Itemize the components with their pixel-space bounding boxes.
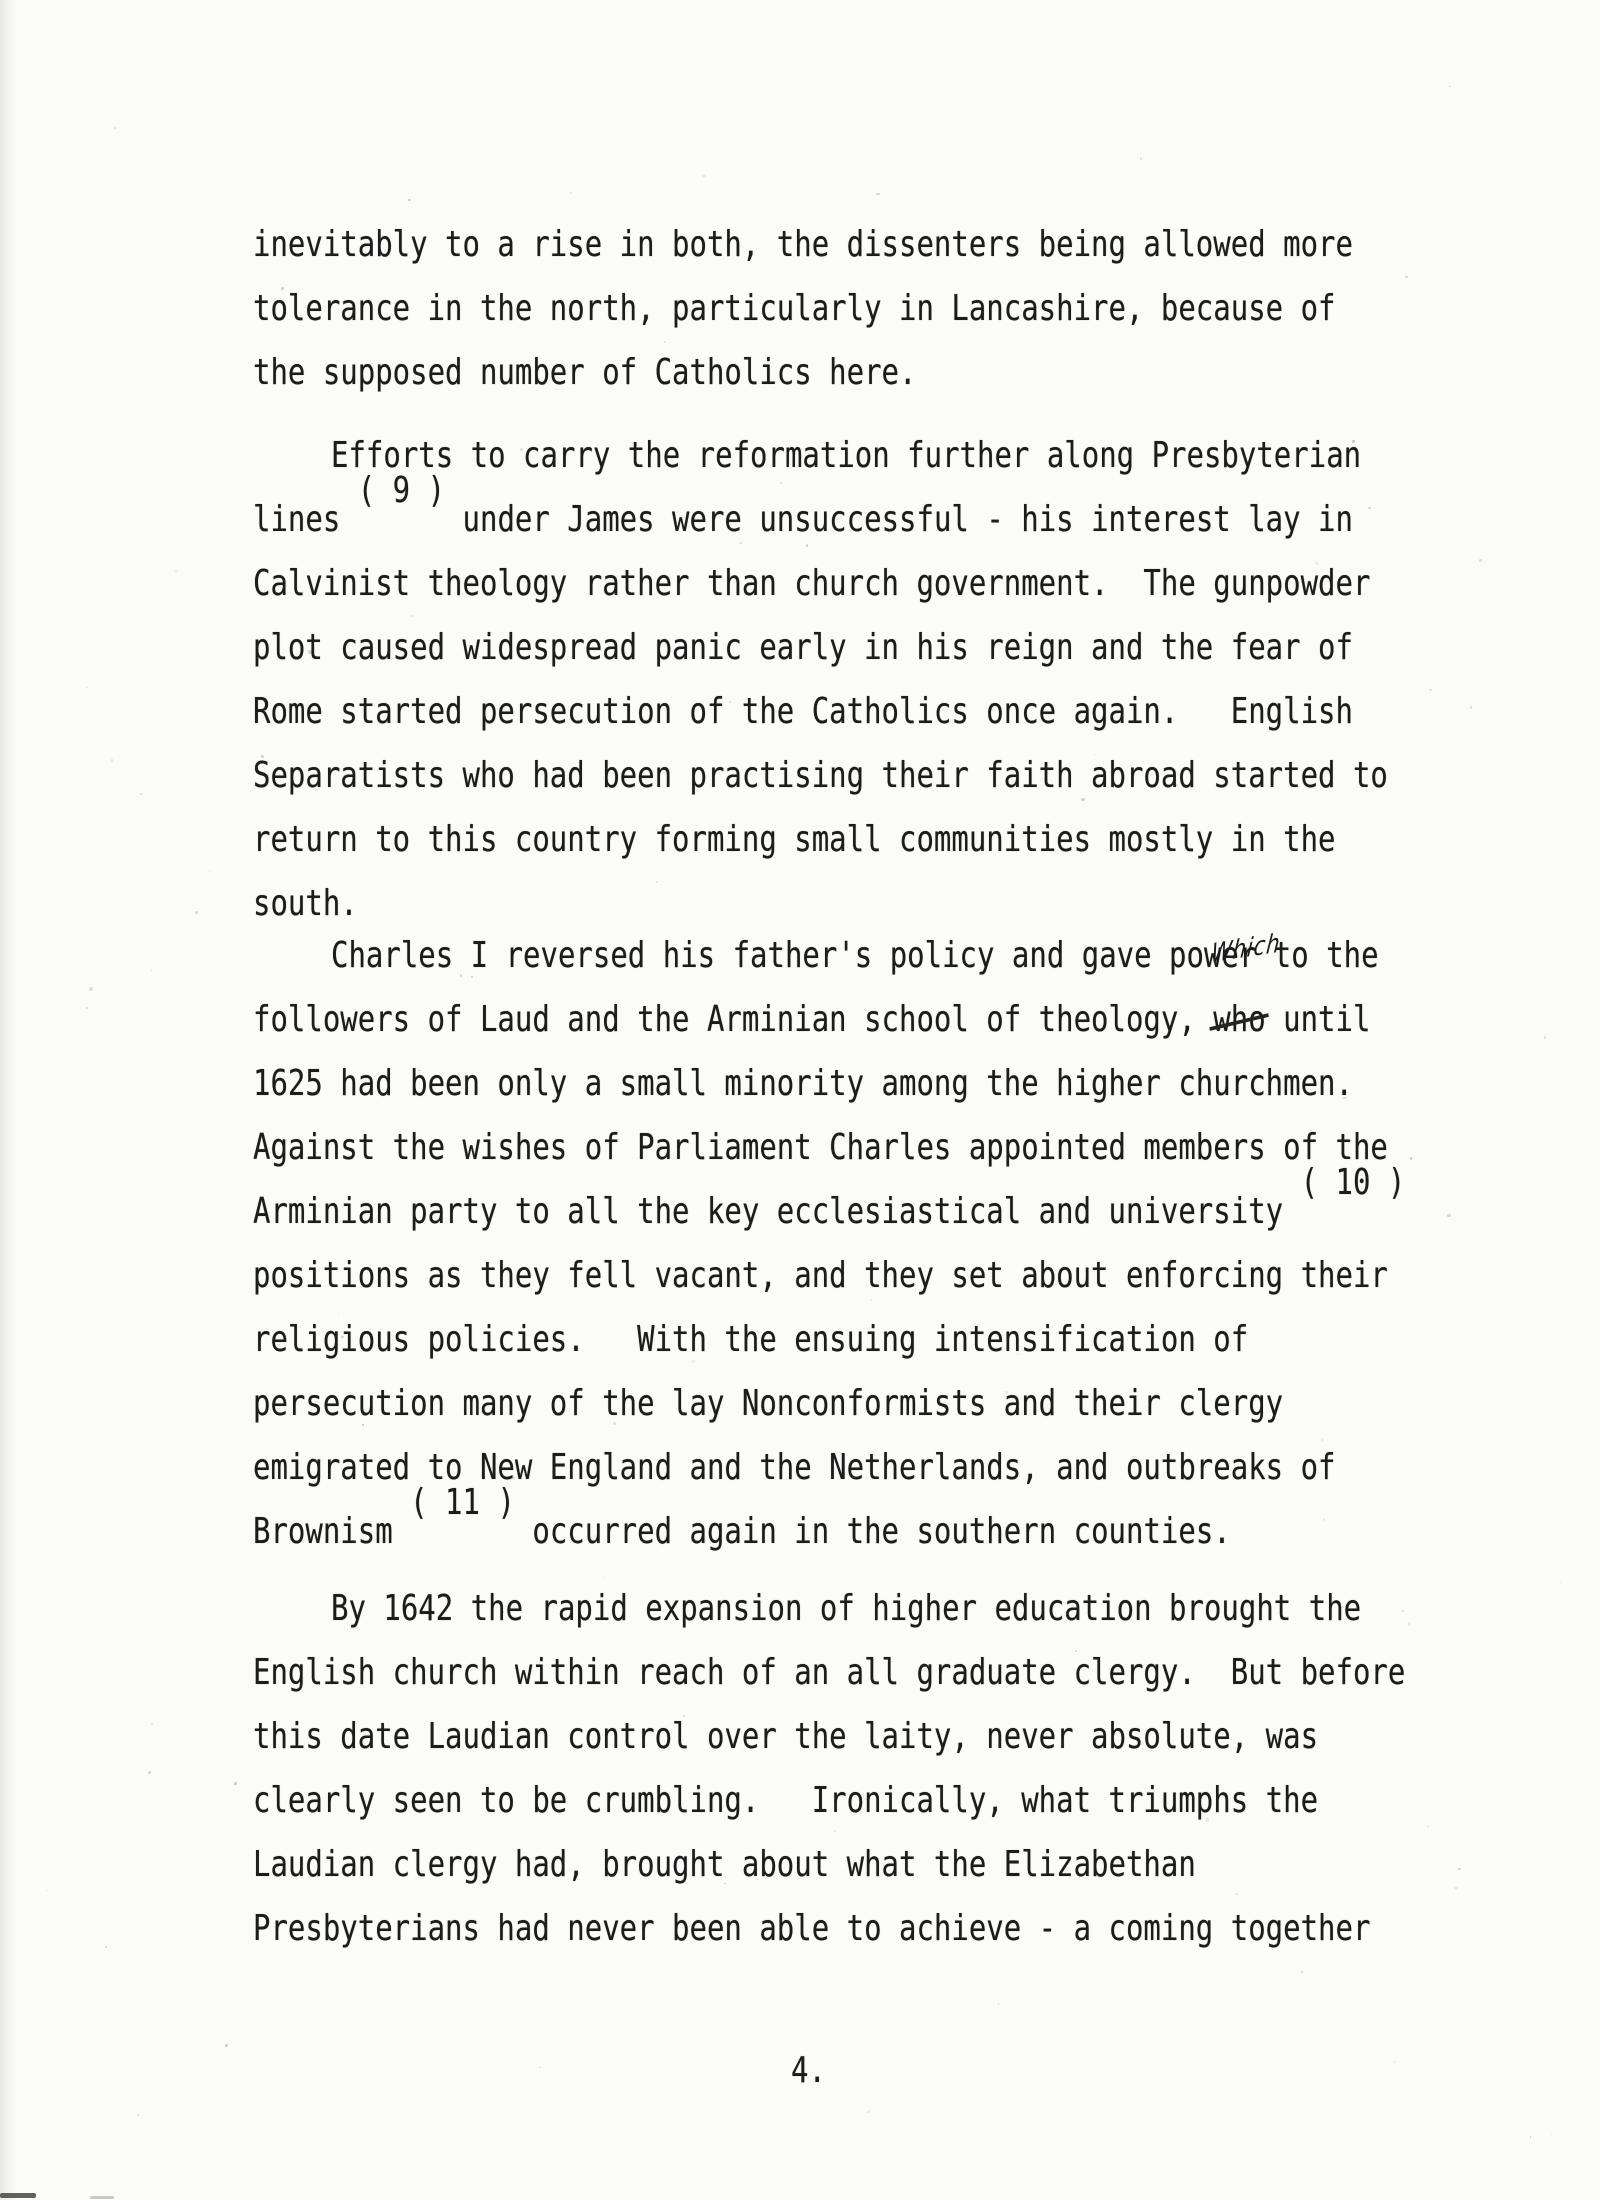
scan-speck — [164, 706, 166, 708]
text-segment: English church within reach of an all gr… — [253, 1651, 1405, 1692]
text-segment: Against the wishes of Parliament Charles… — [253, 1126, 1388, 1167]
text-segment: under James were unsuccessful - his inte… — [445, 498, 1353, 539]
scan-speck — [151, 1723, 153, 1725]
text-segment: clearly seen to be crumbling. Ironically… — [253, 1779, 1318, 1820]
text-segment: occurred again in the southern counties. — [515, 1510, 1231, 1551]
paragraph: Charles I reversed his father's policy a… — [253, 923, 1513, 1563]
paragraph: By 1642 the rapid expansion of higher ed… — [253, 1576, 1513, 1960]
text-block: inevitably to a rise in both, the dissen… — [253, 212, 1513, 1960]
scan-speck — [195, 911, 198, 914]
footnote-reference: ( 9 ) — [358, 451, 445, 529]
scan-speck — [86, 1007, 88, 1009]
text-segment: By 1642 the rapid expansion of higher ed… — [331, 1587, 1361, 1628]
scan-smudge — [90, 2196, 114, 2199]
text-segment: Separatists who had been practising thei… — [253, 754, 1388, 795]
scan-speck — [114, 127, 116, 129]
text-segment: tolerance in the north, particularly in … — [253, 287, 1336, 328]
paragraph: inevitably to a rise in both, the dissen… — [253, 212, 1513, 404]
scan-speck — [1301, 1971, 1303, 1973]
scan-speck — [148, 1771, 151, 1774]
text-segment: this date Laudian control over the laity… — [253, 1715, 1318, 1756]
scan-speck — [1530, 2136, 1532, 2138]
scan-speck — [1394, 2061, 1395, 2062]
text-segment: Calvinist theology rather than church go… — [253, 562, 1370, 603]
text-line: the supposed number of Catholics here. — [253, 333, 1513, 411]
text-segment: followers of Laud and the Arminian schoo… — [253, 998, 1213, 1039]
text-segment: the supposed number of Catholics here. — [253, 351, 916, 392]
scan-speck — [225, 2044, 227, 2047]
scan-speck — [47, 1890, 48, 1891]
scan-speck — [174, 570, 177, 572]
scanned-document-page: inevitably to a rise in both, the dissen… — [0, 0, 1600, 2200]
text-segment: 1625 had been only a small minority amon… — [253, 1062, 1353, 1103]
scan-speck — [408, 199, 411, 202]
text-segment: religious policies. With the ensuing int… — [253, 1318, 1248, 1359]
footnote-reference: ( 11 ) — [410, 1463, 515, 1541]
scan-speck — [137, 2114, 139, 2116]
scan-speck — [140, 793, 143, 795]
scan-speck — [1544, 1036, 1546, 1038]
text-segment: persecution many of the lay Nonconformis… — [253, 1382, 1283, 1423]
scan-speck — [1140, 157, 1142, 160]
scan-speck — [570, 192, 572, 194]
text-line: Presbyterians had never been able to ach… — [253, 1889, 1513, 1967]
scan-speck — [87, 687, 88, 688]
scan-left-edge-shadow — [0, 0, 16, 2200]
paragraph: Efforts to carry the reformation further… — [253, 423, 1513, 935]
scan-speck — [1449, 86, 1451, 87]
scan-speck — [867, 2110, 870, 2113]
text-segment: Efforts to carry the reformation further… — [331, 434, 1361, 475]
scan-speck — [1560, 1582, 1561, 1583]
scan-speck — [151, 970, 152, 971]
text-segment: inevitably to a rise in both, the dissen… — [253, 223, 1353, 264]
text-segment: return to this country forming small com… — [253, 818, 1336, 859]
scan-speck — [105, 1946, 107, 1948]
scan-speck — [209, 871, 210, 872]
scan-speck — [539, 2067, 540, 2068]
scan-speck — [703, 175, 705, 177]
text-line: Brownism ( 11 ) occurred again in the so… — [253, 1492, 1513, 1570]
text-segment: Presbyterians had never been able to ach… — [253, 1907, 1370, 1948]
page-number: 4. — [791, 2031, 826, 2109]
footnote-reference: ( 10 ) — [1301, 1143, 1406, 1221]
scan-speck — [111, 759, 114, 761]
text-segment: lines — [253, 498, 358, 539]
scan-speck — [876, 193, 879, 195]
text-segment: plot caused widespread panic early in hi… — [253, 626, 1353, 667]
text-segment: Arminian party to all the key ecclesiast… — [253, 1190, 1301, 1231]
text-segment: Rome started persecution of the Catholic… — [253, 690, 1353, 731]
text-segment: Brownism — [253, 1510, 410, 1551]
scan-speck — [234, 1782, 236, 1785]
text-segment: positions as they fell vacant, and they … — [253, 1254, 1388, 1295]
scan-speck — [89, 987, 92, 991]
text-segment: until — [1266, 998, 1371, 1039]
text-segment: Laudian clergy had, brought about what t… — [253, 1843, 1196, 1884]
scan-smudge — [0, 2193, 36, 2198]
scan-speck — [998, 2003, 999, 2004]
scan-speck — [1551, 2134, 1552, 2135]
